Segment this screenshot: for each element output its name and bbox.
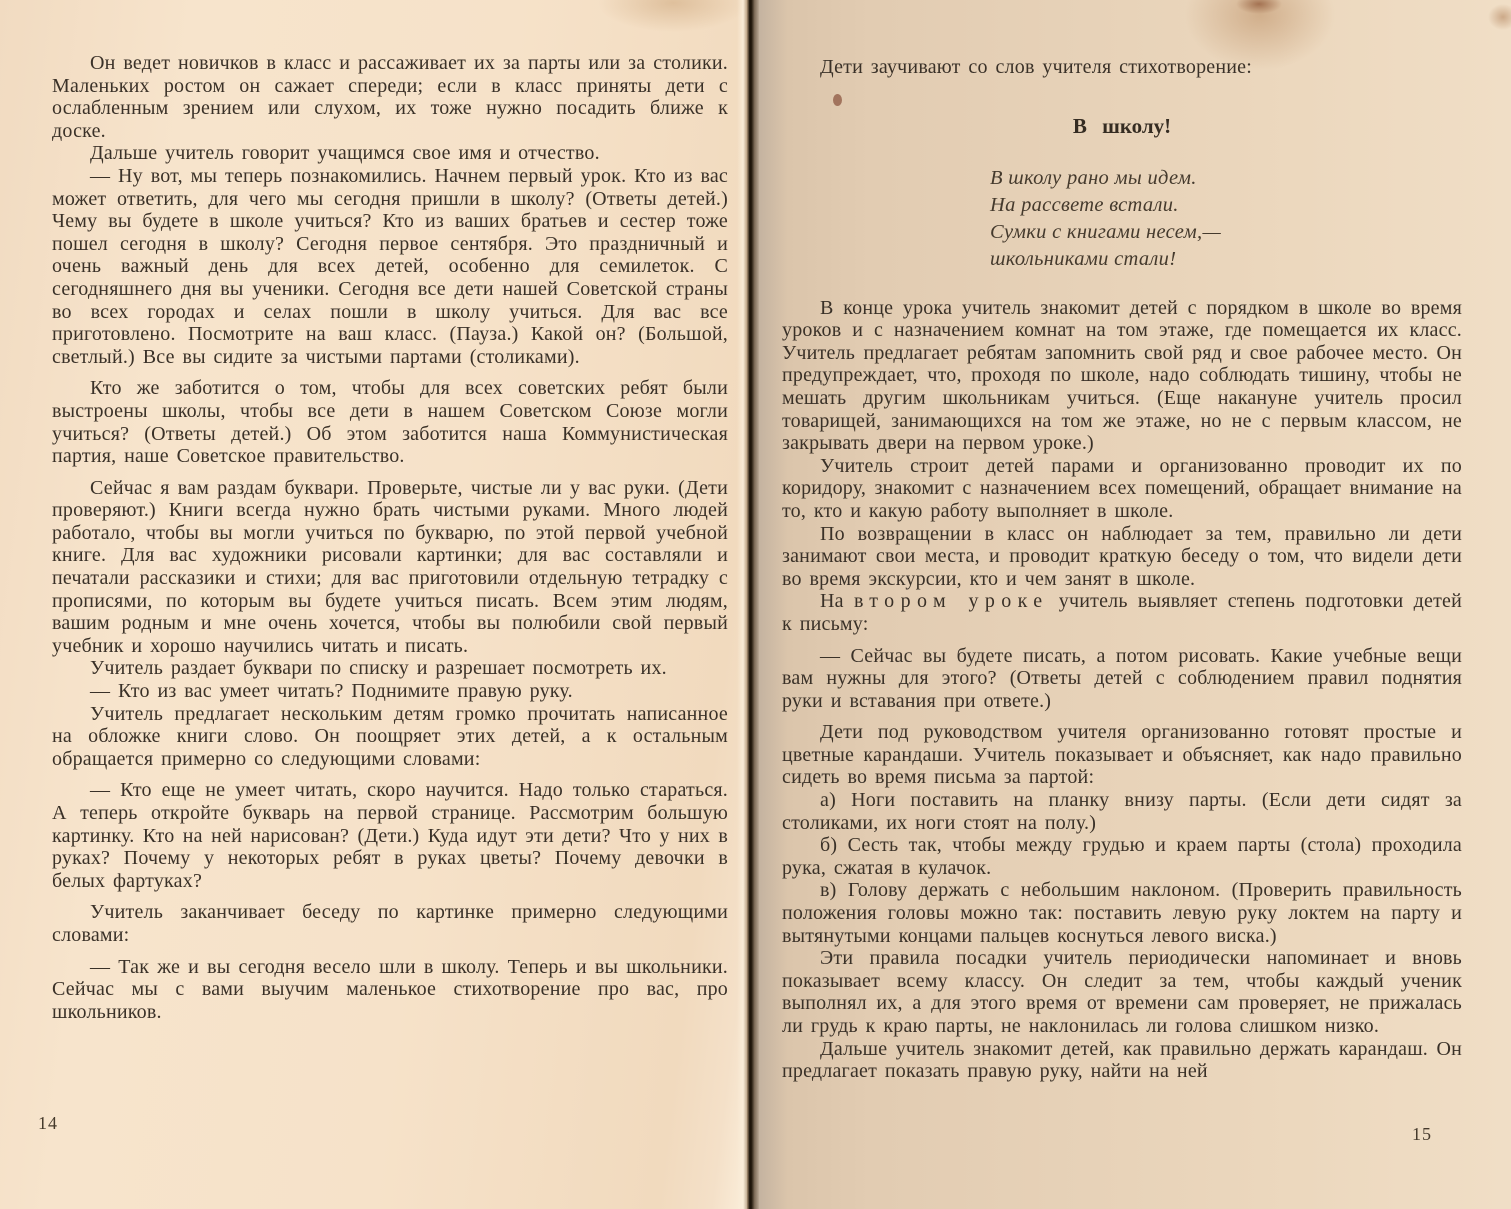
paragraph: По возвращении в класс он наблюдает за т… [782,523,1462,591]
paragraph: — Кто еще не умеет читать, скоро научитс… [52,779,728,892]
paragraph: Учитель раздает буквари по списку и разр… [52,657,728,680]
paragraph: Учитель заканчивает беседу по картинке п… [52,901,728,946]
paragraph: Учитель строит детей парами и организова… [782,455,1462,523]
right-page-paragraphs: В конце урока учитель знакомит детей с п… [782,297,1462,1083]
paragraph: — Ну вот, мы теперь познакомились. Начне… [52,165,728,368]
paragraph: — Кто из вас умеет читать? Поднимите пра… [52,680,728,703]
book-gutter [737,0,759,1209]
intro-paragraph: Дети заучивают со слов учителя стихотвор… [782,56,1462,79]
paragraph: Дети под руководством учителя организова… [782,721,1462,789]
poem-line: На рассвете встали. [990,192,1462,219]
paragraph: Эти правила посадки учитель периодически… [782,947,1462,1037]
poem: В школу рано мы идем.На рассвете встали.… [990,165,1462,273]
paragraph: — Сейчас вы будете писать, а потом рисов… [782,645,1462,713]
poem-line: Сумки с книгами несем,— [990,219,1462,246]
right-page: Дети заучивают со слов учителя стихотвор… [750,0,1511,1209]
book-scan: { "book": { "colors": { "paper_left": "#… [0,0,1511,1209]
right-page-text: Дети заучивают со слов учителя стихотвор… [782,56,1462,1083]
spaced-emphasis-text: втором уроке [854,590,1049,612]
paragraph: б) Сесть так, чтобы между грудью и краем… [782,834,1462,879]
paragraph: Он ведет новичков в класс и рассаживает … [52,52,728,142]
paragraph: Сейчас я вам раздам буквари. Проверьте, … [52,477,728,658]
poem-title: В школу! [782,114,1462,138]
paragraph: в) Голову держать с небольшим наклоном. … [782,879,1462,947]
page-number-right: 15 [1412,1124,1432,1145]
poem-line: школьниками стали! [990,246,1462,273]
left-page-text: Он ведет новичков в класс и рассаживает … [52,52,728,1023]
poem-line: В школу рано мы идем. [990,165,1462,192]
paragraph: Кто же заботится о том, чтобы для всех с… [52,377,728,467]
paragraph: Учитель предлагает нескольким детям гром… [52,703,728,771]
left-page: Он ведет новичков в класс и рассаживает … [0,0,747,1209]
paragraph: Дальше учитель говорит учащимся свое имя… [52,142,728,165]
paragraph: В конце урока учитель знакомит детей с п… [782,297,1462,455]
page-number-left: 14 [38,1113,58,1134]
paragraph: Дальше учитель знакомит детей, как прави… [782,1038,1462,1083]
paragraph: а) Ноги поставить на планку внизу парты.… [782,789,1462,834]
text-run: На [820,590,854,612]
paragraph: — Так же и вы сегодня весело шли в школу… [52,956,728,1024]
paragraph: На втором уроке учитель выявляет степень… [782,590,1462,635]
